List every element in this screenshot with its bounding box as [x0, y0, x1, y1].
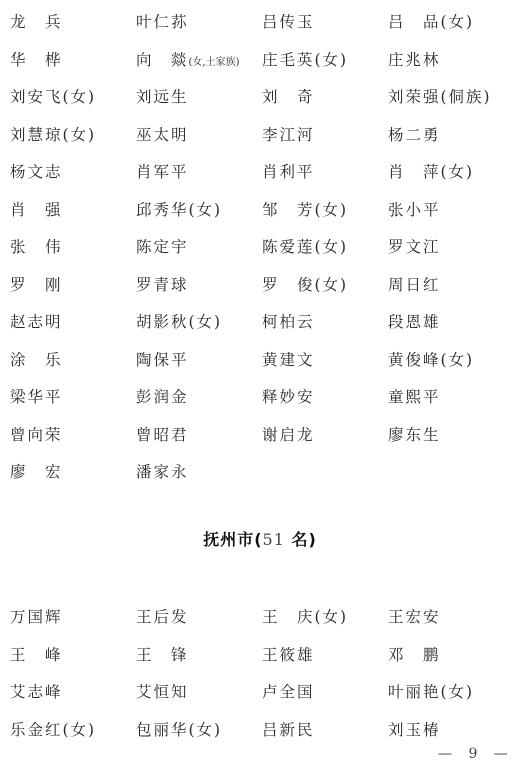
name-entry: 曾昭君: [136, 428, 262, 444]
name-entry: 王筱雄: [262, 648, 388, 664]
name-entry: 胡影秋(女): [136, 315, 262, 331]
name-entry: 华 桦: [10, 53, 136, 69]
name-entry: 巫太明: [136, 128, 262, 144]
count-unit: 名): [285, 530, 317, 549]
name-entry: 释妙安: [262, 390, 388, 406]
name-entry: 王 锋: [136, 648, 262, 664]
name-entry: 邹 芳(女): [262, 203, 388, 219]
name-entry: 卢全国: [262, 685, 388, 701]
name-entry: 黄建文: [262, 353, 388, 369]
name-entry: 万国辉: [10, 610, 136, 626]
ethnicity-note: (女,土家族): [189, 57, 240, 68]
name-entry: 杨文志: [10, 165, 136, 181]
name-entry: 柯柏云: [262, 315, 388, 331]
name-entry: 李江河: [262, 128, 388, 144]
name-row: 廖 宏 潘家永: [10, 454, 520, 492]
name-row: 梁华平 彭润金 释妙安 童熙平: [10, 379, 520, 417]
name-row: 刘安飞(女) 刘远生 刘 奇 刘荣强(侗族): [10, 79, 520, 117]
name-entry: 罗 俊(女): [262, 278, 388, 294]
name-entry: 罗文江: [388, 240, 514, 256]
name-entry: 吕传玉: [262, 15, 388, 31]
name-row: 赵志明 胡影秋(女) 柯柏云 段恩雄: [10, 304, 520, 342]
name-entry: 叶仁荪: [136, 15, 262, 31]
name-entry: 童熙平: [388, 390, 514, 406]
name-entry-with-note: 向 燚(女,土家族): [136, 53, 262, 69]
name-entry: 庄兆林: [388, 53, 514, 69]
name-entry: 邱秀华(女): [136, 203, 262, 219]
name-row: 王 峰 王 锋 王筱雄 邓 鹏: [10, 637, 520, 675]
name-entry: 黄俊峰(女): [388, 353, 514, 369]
name-entry: 廖 宏: [10, 465, 136, 481]
name-entry: 赵志明: [10, 315, 136, 331]
name-row: 龙 兵 叶仁荪 吕传玉 吕 品(女): [10, 4, 520, 42]
name-entry: 刘安飞(女): [10, 90, 136, 106]
name-entry: 庄毛英(女): [262, 53, 388, 69]
name-entry: 罗 刚: [10, 278, 136, 294]
name-entry: 刘 奇: [262, 90, 388, 106]
name-entry: 肖 强: [10, 203, 136, 219]
page-number: — 9 —: [438, 746, 514, 762]
open-paren: (: [254, 530, 262, 549]
name-entry: 肖利平: [262, 165, 388, 181]
name-entry: 梁华平: [10, 390, 136, 406]
name-entry: 艾恒知: [136, 685, 262, 701]
name-entry: 吕 品(女): [388, 15, 514, 31]
name-row: 华 桦 向 燚(女,土家族) 庄毛英(女) 庄兆林: [10, 42, 520, 80]
name-entry: 彭润金: [136, 390, 262, 406]
name-row: 乐金红(女) 包丽华(女) 吕新民 刘玉椿: [10, 712, 520, 750]
name-row: 肖 强 邱秀华(女) 邹 芳(女) 张小平: [10, 192, 520, 230]
name-entry: 艾志峰: [10, 685, 136, 701]
name-entry: 吕新民: [262, 723, 388, 739]
name-entry: 曾向荣: [10, 428, 136, 444]
name-row: 刘慧琼(女) 巫太明 李江河 杨二勇: [10, 117, 520, 155]
name-row: 张 伟 陈定宇 陈爱莲(女) 罗文江: [10, 229, 520, 267]
name-row: 曾向荣 曾昭君 谢启龙 廖东生: [10, 417, 520, 455]
name-entry: 张 伟: [10, 240, 136, 256]
name-entry: 罗青球: [136, 278, 262, 294]
name-entry: 涂 乐: [10, 353, 136, 369]
name-entry: 肖军平: [136, 165, 262, 181]
name-row: 罗 刚 罗青球 罗 俊(女) 周日红: [10, 267, 520, 305]
name-entry: 王 庆(女): [262, 610, 388, 626]
name-entry: 王 峰: [10, 648, 136, 664]
name-entry: 陶保平: [136, 353, 262, 369]
name-entry: 刘远生: [136, 90, 262, 106]
name-entry: 刘慧琼(女): [10, 128, 136, 144]
name-entry: 叶丽艳(女): [388, 685, 514, 701]
section-heading-fuzhou: 抚州市(51 名): [0, 527, 520, 550]
name-entry: 周日红: [388, 278, 514, 294]
name-entry: 邓 鹏: [388, 648, 514, 664]
name-entry: 乐金红(女): [10, 723, 136, 739]
name-row: 涂 乐 陶保平 黄建文 黄俊峰(女): [10, 342, 520, 380]
name-entry: 刘玉椿: [388, 723, 514, 739]
name-entry: 谢启龙: [262, 428, 388, 444]
document-page: 龙 兵 叶仁荪 吕传玉 吕 品(女) 华 桦 向 燚(女,土家族) 庄毛英(女)…: [0, 0, 520, 768]
name-entry: 肖 萍(女): [388, 165, 514, 181]
name-entry: 张小平: [388, 203, 514, 219]
name-entry: 王宏安: [388, 610, 514, 626]
member-count: 51: [263, 530, 285, 549]
name-entry: 陈爱莲(女): [262, 240, 388, 256]
name-row: 艾志峰 艾恒知 卢全国 叶丽艳(女): [10, 674, 520, 712]
name-list-top: 龙 兵 叶仁荪 吕传玉 吕 品(女) 华 桦 向 燚(女,土家族) 庄毛英(女)…: [10, 4, 520, 492]
name-entry: 廖东生: [388, 428, 514, 444]
city-name: 抚州市: [203, 530, 254, 549]
name-text: 向 燚: [136, 51, 189, 69]
name-list-fuzhou: 万国辉 王后发 王 庆(女) 王宏安 王 峰 王 锋 王筱雄 邓 鹏 艾志峰 艾…: [10, 599, 520, 749]
name-entry: 杨二勇: [388, 128, 514, 144]
name-row: 杨文志 肖军平 肖利平 肖 萍(女): [10, 154, 520, 192]
name-entry: 段恩雄: [388, 315, 514, 331]
name-entry: 龙 兵: [10, 15, 136, 31]
name-entry: 刘荣强(侗族): [388, 90, 514, 106]
name-entry: 陈定宇: [136, 240, 262, 256]
name-entry: 潘家永: [136, 465, 262, 481]
name-entry: 包丽华(女): [136, 723, 262, 739]
name-row: 万国辉 王后发 王 庆(女) 王宏安: [10, 599, 520, 637]
name-entry: 王后发: [136, 610, 262, 626]
